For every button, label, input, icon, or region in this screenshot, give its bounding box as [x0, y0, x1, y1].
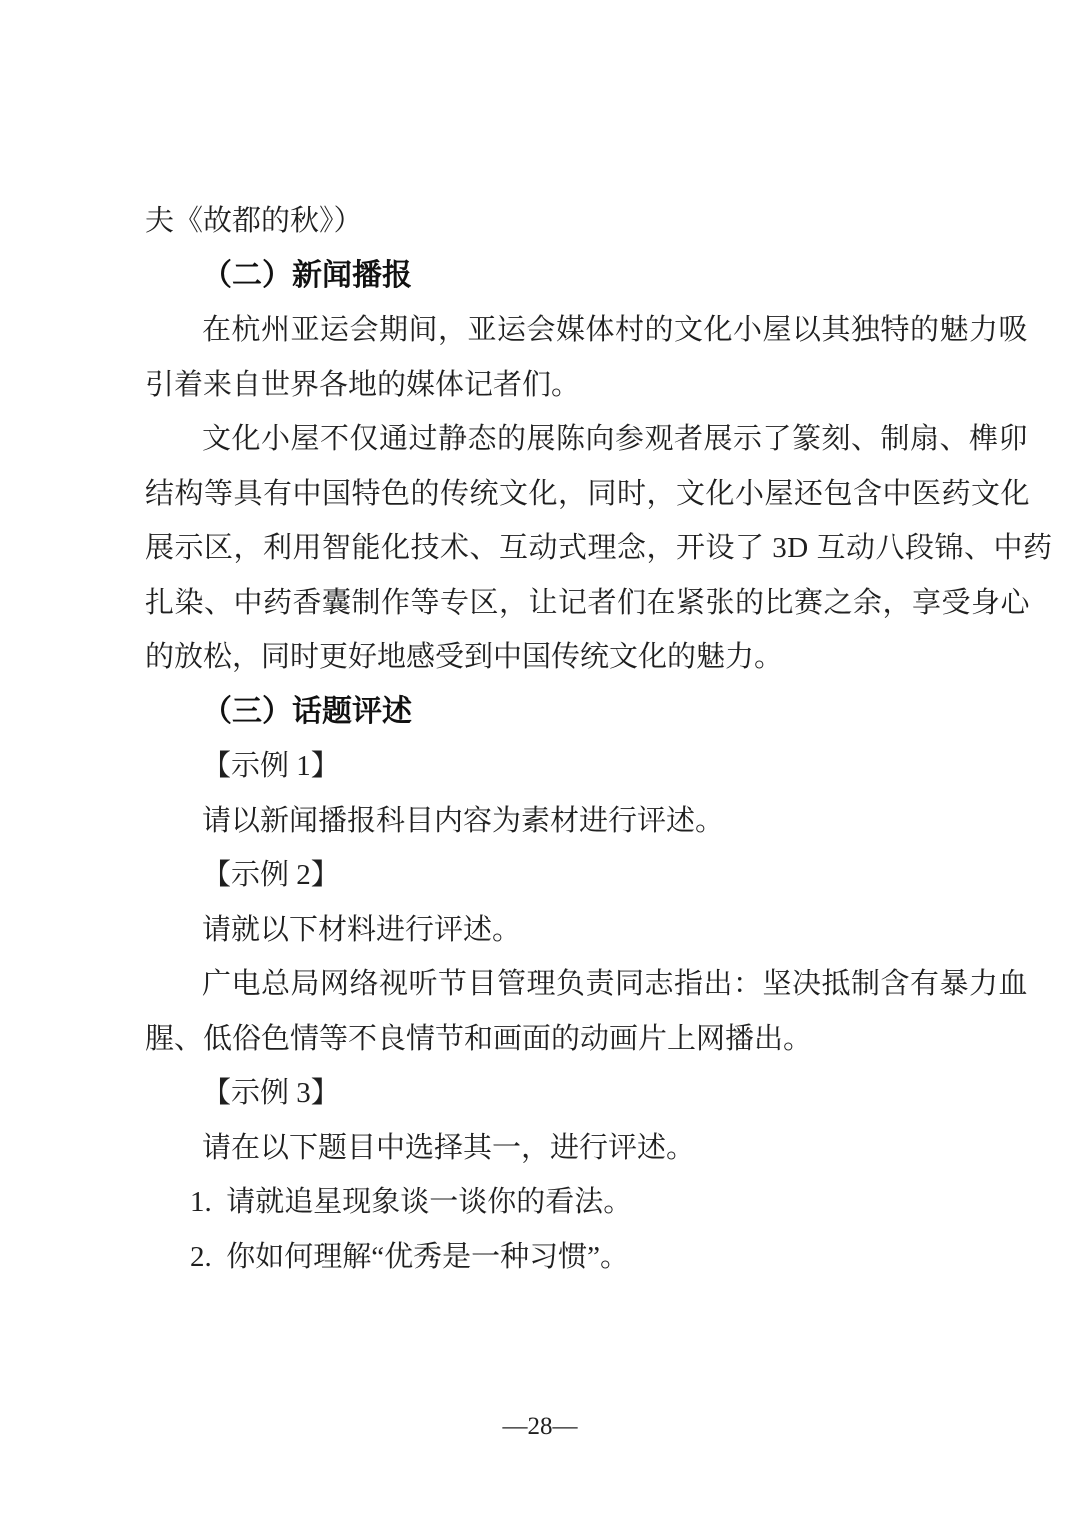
section-heading: （二）新闻播报 [145, 249, 955, 304]
text-line: 结构等具有中国特色的传统文化，同时，文化小屋还包含中医药文化 [145, 467, 955, 522]
text-line: 【示例 3】 [145, 1066, 955, 1121]
text-line: 请在以下题目中选择其一，进行评述。 [145, 1121, 955, 1176]
document-page: 夫《故都的秋》）（二）新闻播报在杭州亚运会期间，亚运会媒体村的文化小屋以其独特的… [0, 0, 1080, 1527]
text-line: 【示例 2】 [145, 848, 955, 903]
page-number: —28— [0, 1412, 1080, 1442]
text-line: 【示例 1】 [145, 739, 955, 794]
text-line: 展示区，利用智能化技术、互动式理念，开设了 3D 互动八段锦、中药 [145, 521, 955, 576]
list-item: 1. 请就追星现象谈一谈你的看法。 [145, 1175, 955, 1230]
list-item: 2. 你如何理解“优秀是一种习惯”。 [145, 1230, 955, 1285]
text-line: 广电总局网络视听节目管理负责同志指出：坚决抵制含有暴力血 [145, 957, 955, 1012]
text-line: 的放松，同时更好地感受到中国传统文化的魅力。 [145, 630, 955, 685]
text-line: 扎染、中药香囊制作等专区，让记者们在紧张的比赛之余，享受身心 [145, 576, 955, 631]
text-line: 引着来自世界各地的媒体记者们。 [145, 358, 955, 413]
text-line: 腥、低俗色情等不良情节和画面的动画片上网播出。 [145, 1012, 955, 1067]
text-line: 在杭州亚运会期间，亚运会媒体村的文化小屋以其独特的魅力吸 [145, 303, 955, 358]
text-line: 夫《故都的秋》） [145, 194, 955, 249]
text-line: 文化小屋不仅通过静态的展陈向参观者展示了篆刻、制扇、榫卯 [145, 412, 955, 467]
document-body: 夫《故都的秋》）（二）新闻播报在杭州亚运会期间，亚运会媒体村的文化小屋以其独特的… [145, 194, 955, 1284]
section-heading: （三）话题评述 [145, 685, 955, 740]
text-line: 请以新闻播报科目内容为素材进行评述。 [145, 794, 955, 849]
text-line: 请就以下材料进行评述。 [145, 903, 955, 958]
